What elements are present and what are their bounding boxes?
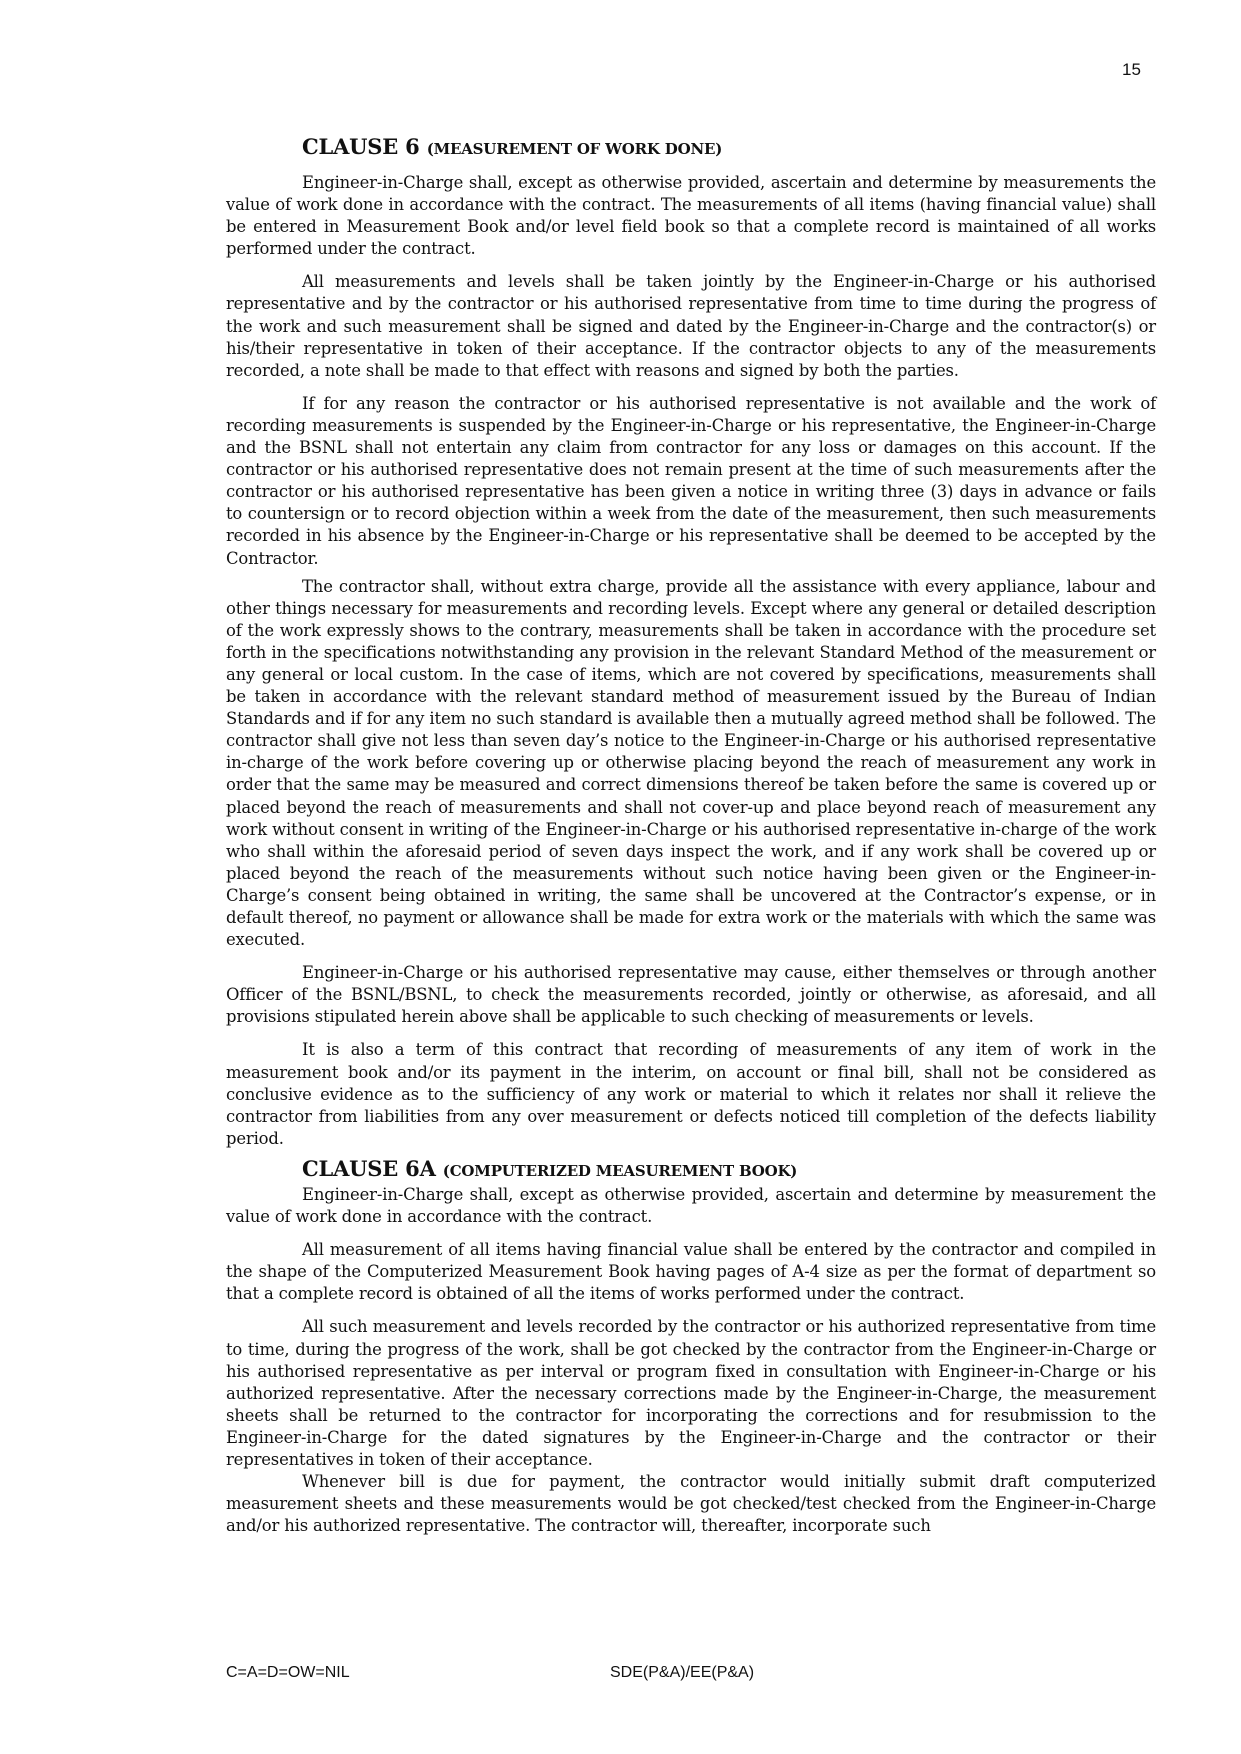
page-number: 15 (1122, 60, 1141, 80)
clause-6-paragraph-3: If for any reason the contractor or his … (226, 393, 1156, 570)
clause-6a-paragraph-4: Whenever bill is due for payment, the co… (226, 1471, 1156, 1537)
clause-6-subtitle: (MEASUREMENT OF WORK DONE) (427, 140, 722, 158)
clause-6a-heading: CLAUSE 6A (COMPUTERIZED MEASUREMENT BOOK… (302, 1156, 1156, 1184)
clause-6a-title: CLAUSE 6A (302, 1156, 443, 1181)
clause-6-heading: CLAUSE 6 (MEASUREMENT OF WORK DONE) (302, 134, 1156, 162)
clause-6a-paragraph-2: All measurement of all items having fina… (226, 1239, 1156, 1305)
clause-6a-paragraph-3: All such measurement and levels recorded… (226, 1316, 1156, 1471)
clause-6a-subtitle: (COMPUTERIZED MEASUREMENT BOOK) (443, 1162, 797, 1180)
footer-code: C=A=D=OW=NIL (226, 1664, 350, 1682)
clause-6-paragraph-6: It is also a term of this contract that … (226, 1039, 1156, 1149)
clause-6-paragraph-1: Engineer-in-Charge shall, except as othe… (226, 172, 1156, 260)
clause-6-title: CLAUSE 6 (302, 134, 427, 159)
footer-signatory: SDE(P&A)/EE(P&A) (610, 1664, 754, 1682)
clause-6-paragraph-4: The contractor shall, without extra char… (226, 576, 1156, 952)
clause-6-paragraph-2: All measurements and levels shall be tak… (226, 271, 1156, 381)
clause-6-paragraph-5: Engineer-in-Charge or his authorised rep… (226, 962, 1156, 1028)
clause-6a-paragraph-1: Engineer-in-Charge shall, except as othe… (226, 1184, 1156, 1228)
document-body: CLAUSE 6 (MEASUREMENT OF WORK DONE) Engi… (226, 134, 1156, 1537)
